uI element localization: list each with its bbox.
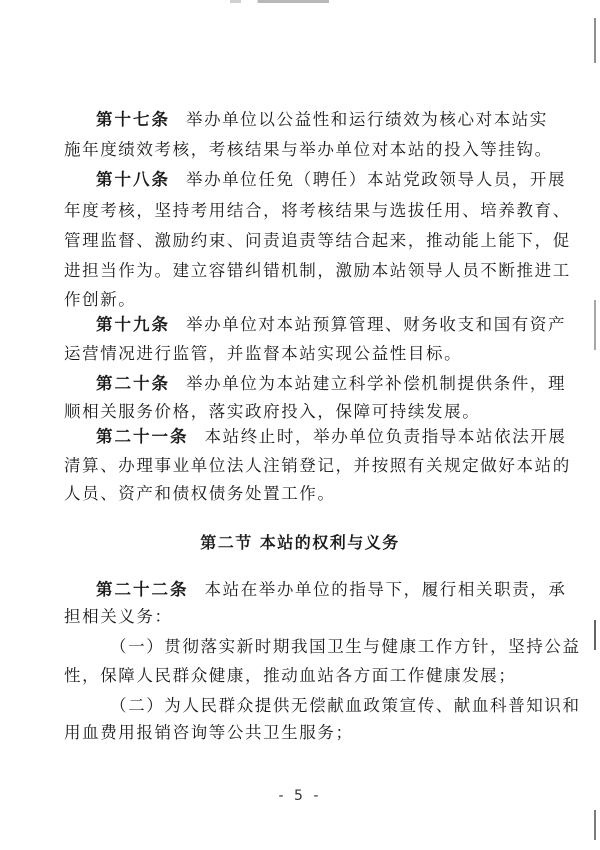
article-text: 本站在举办单位的指导下，履行相关职责，承	[205, 580, 567, 599]
item-2-line-2: 用血费用报销咨询等公共卫生服务；	[64, 723, 564, 743]
article-21-line-3: 人员、资产和债权债务处置工作。	[64, 484, 564, 504]
article-22-line-1: 第二十二条本站在举办单位的指导下，履行相关职责，承	[96, 580, 596, 600]
article-title: 第二十二条	[96, 580, 189, 599]
article-19-line-1: 第十九条举办单位对本站预算管理、财务收支和国有资产	[96, 315, 596, 335]
article-22-line-2: 担相关义务：	[64, 607, 564, 627]
article-18-line-3: 管理监督、激励约束、问责追责等结合起来，推动能上能下，促	[64, 231, 564, 251]
article-18-line-1: 第十八条举办单位任免（聘任）本站党政领导人员，开展	[96, 170, 596, 190]
article-text: 举办单位任免（聘任）本站党政领导人员，开展	[186, 170, 566, 189]
article-17-line-1: 第十七条举办单位以公益性和运行绩效为核心对本站实	[96, 110, 596, 130]
scan-edge-mark	[594, 810, 596, 840]
article-title: 第十八条	[96, 170, 170, 189]
article-title: 第二十条	[96, 374, 170, 393]
page-number: - 5 -	[0, 788, 600, 804]
item-1-line-1: （一）贯彻落实新时期我国卫生与健康工作方针，坚持公益	[110, 637, 600, 657]
article-21-line-2: 清算、办理事业单位法人注销登记，并按照有关规定做好本站的	[64, 456, 564, 476]
article-17-line-2: 施年度绩效考核，考核结果与举办单位对本站的投入等挂钩。	[64, 140, 564, 160]
article-19-line-2: 运营情况进行监管，并监督本站实现公益性目标。	[64, 344, 564, 364]
article-18-line-4: 进担当作为。建立容错纠错机制，激励本站领导人员不断推进工	[64, 261, 564, 281]
article-text: 本站终止时，举办单位负责指导本站依法开展	[205, 427, 567, 446]
article-20-line-2: 顺相关服务价格，落实政府投入，保障可持续发展。	[64, 402, 564, 422]
section-heading: 第二节 本站的权利与义务	[0, 530, 600, 553]
article-text: 举办单位为本站建立科学补偿机制提供条件，理	[186, 374, 566, 393]
article-text: 举办单位以公益性和运行绩效为核心对本站实	[186, 110, 548, 129]
article-20-line-1: 第二十条举办单位为本站建立科学补偿机制提供条件，理	[96, 374, 596, 394]
article-title: 第十七条	[96, 110, 170, 129]
article-title: 第二十一条	[96, 427, 189, 446]
article-18-line-5: 作创新。	[64, 290, 564, 310]
item-1-line-2: 性，保障人民群众健康，推动血站各方面工作健康发展；	[64, 666, 564, 686]
article-21-line-1: 第二十一条本站终止时，举办单位负责指导本站依法开展	[96, 427, 596, 447]
article-title: 第十九条	[96, 315, 170, 334]
scan-edge-mark	[594, 18, 596, 63]
item-2-line-1: （二）为人民群众提供无偿献血政策宣传、献血科普知识和	[110, 696, 600, 716]
article-text: 举办单位对本站预算管理、财务收支和国有资产	[186, 315, 566, 334]
scan-artifact-top	[230, 0, 340, 3]
article-18-line-2: 年度考核，坚持考用结合，将考核结果与选拔任用、培养教育、	[64, 201, 564, 221]
